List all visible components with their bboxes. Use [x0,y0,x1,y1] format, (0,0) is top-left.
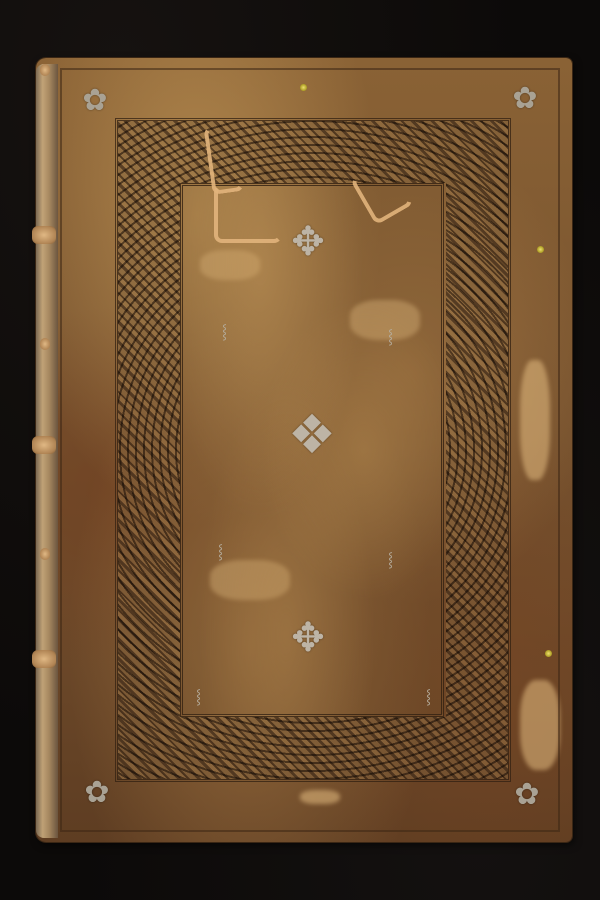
spine-raised-band [32,226,56,244]
brass-pin [545,650,552,657]
spine-raised-band [32,436,56,454]
brass-pin [300,84,307,91]
spine-raised-band [40,548,50,560]
top-ornament-icon: ✥ [283,222,333,262]
small-tool-mark-icon: ⸾ [426,690,431,704]
small-tool-mark-icon: ⸾ [222,325,227,339]
corner-ornament-icon: ✿ [78,86,112,116]
spine-headcap [40,64,50,76]
spine-raised-band [32,650,56,668]
small-tool-mark-icon: ⸾ [388,553,393,567]
small-tool-mark-icon: ⸾ [388,330,393,344]
small-tool-mark-icon: ⸾ [218,545,223,559]
brass-pin [537,246,544,253]
small-tool-mark-icon: ⸾ [196,690,201,704]
corner-ornament-icon: ✿ [508,84,542,114]
spine-raised-band [40,338,50,350]
corner-ornament-icon: ✿ [510,780,544,810]
wormhole-trail [214,185,282,243]
bottom-ornament-icon: ✥ [283,618,333,658]
center-ornament-icon: ❖ [282,408,342,462]
corner-ornament-icon: ✿ [80,778,114,808]
